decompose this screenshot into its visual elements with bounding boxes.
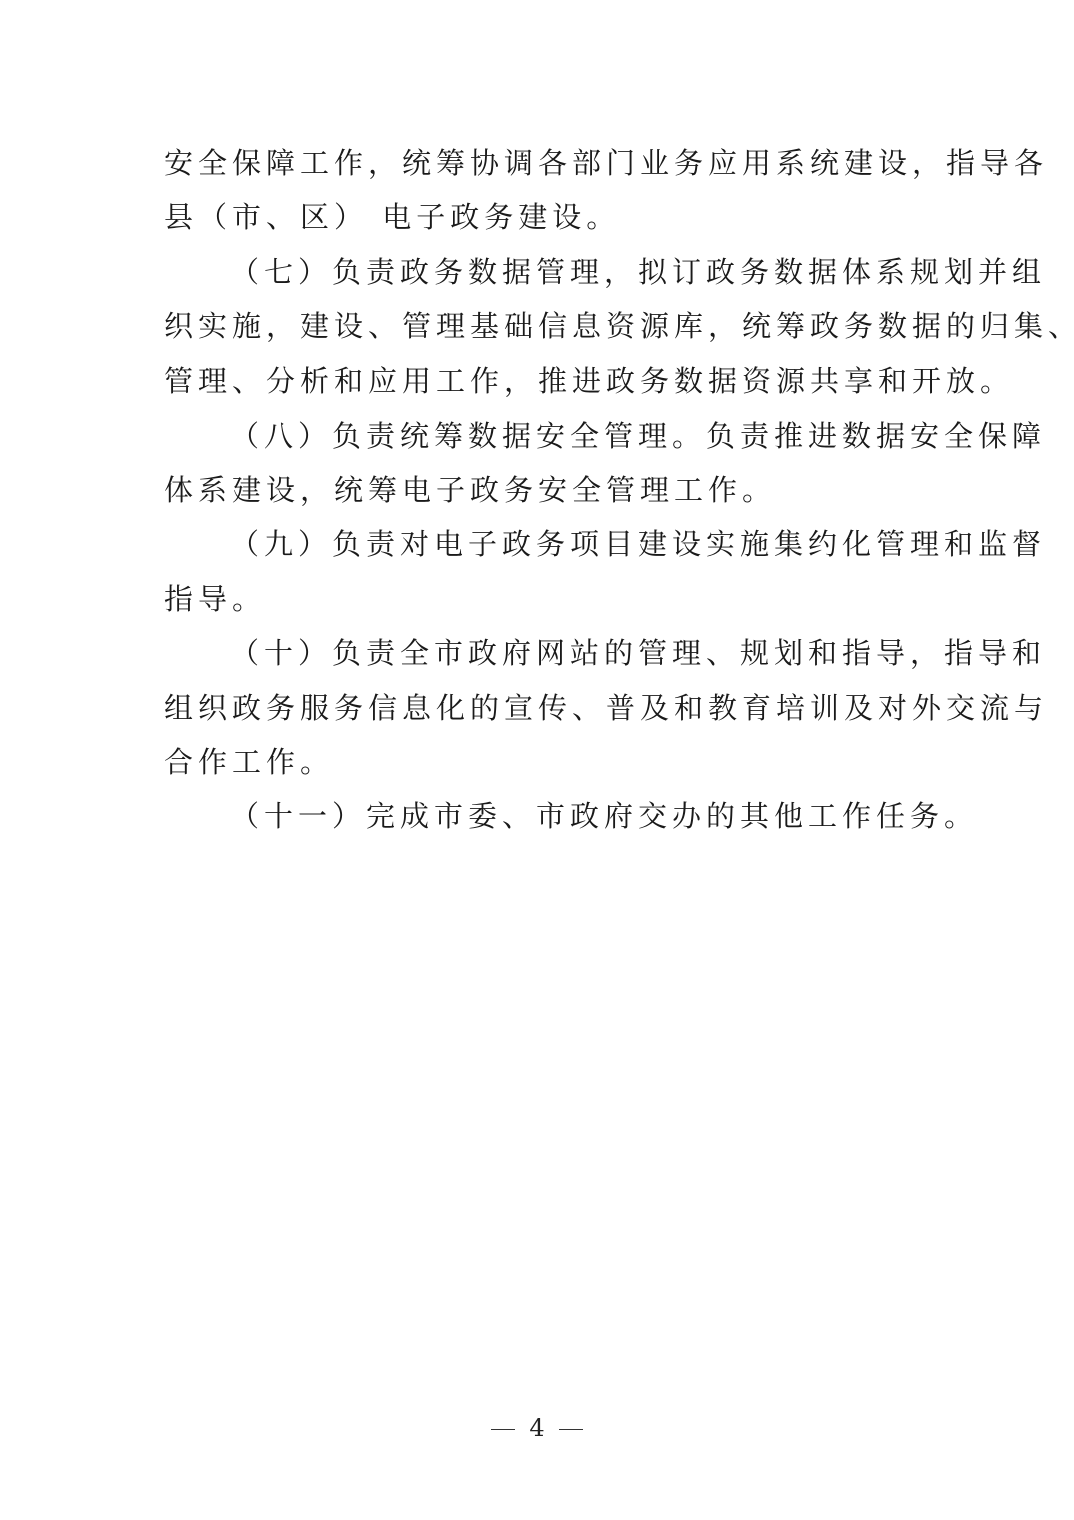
paragraph-7-line-3: 管理、分析和应用工作，推进政务数据资源共享和开放。 (164, 361, 924, 401)
paragraph-8-line-2: 体系建设，统筹电子政务安全管理工作。 (164, 470, 924, 510)
paragraph-10-line-3: 合作工作。 (164, 742, 924, 782)
text-line-2: 县（市、区） 电子政务建设。 (164, 197, 924, 237)
paragraph-10-line-2: 组织政务服务信息化的宣传、普及和教育培训及对外交流与 (164, 688, 924, 728)
page-number: 4 (529, 1414, 544, 1442)
paragraph-9-line-1: （九）负责对电子政务项目建设实施集约化管理和监督 (230, 524, 990, 564)
page-footer: 4 (0, 1410, 1074, 1446)
footer-dash-left (491, 1429, 515, 1430)
paragraph-9-line-2: 指导。 (164, 579, 924, 619)
paragraph-10-line-1: （十）负责全市政府网站的管理、规划和指导，指导和 (230, 633, 990, 673)
paragraph-7-line-2: 织实施，建设、管理基础信息资源库，统筹政务数据的归集、 (164, 306, 924, 346)
text-line-1: 安全保障工作，统筹协调各部门业务应用系统建设，指导各 (164, 143, 924, 183)
document-page: 安全保障工作，统筹协调各部门业务应用系统建设，指导各 县（市、区） 电子政务建设… (0, 0, 1074, 1520)
paragraph-11-line-1: （十一）完成市委、市政府交办的其他工作任务。 (230, 796, 990, 836)
footer-dash-right (559, 1429, 583, 1430)
paragraph-7-line-1: （七）负责政务数据管理，拟订政务数据体系规划并组 (230, 252, 990, 292)
paragraph-8-line-1: （八）负责统筹数据安全管理。负责推进数据安全保障 (230, 416, 990, 456)
